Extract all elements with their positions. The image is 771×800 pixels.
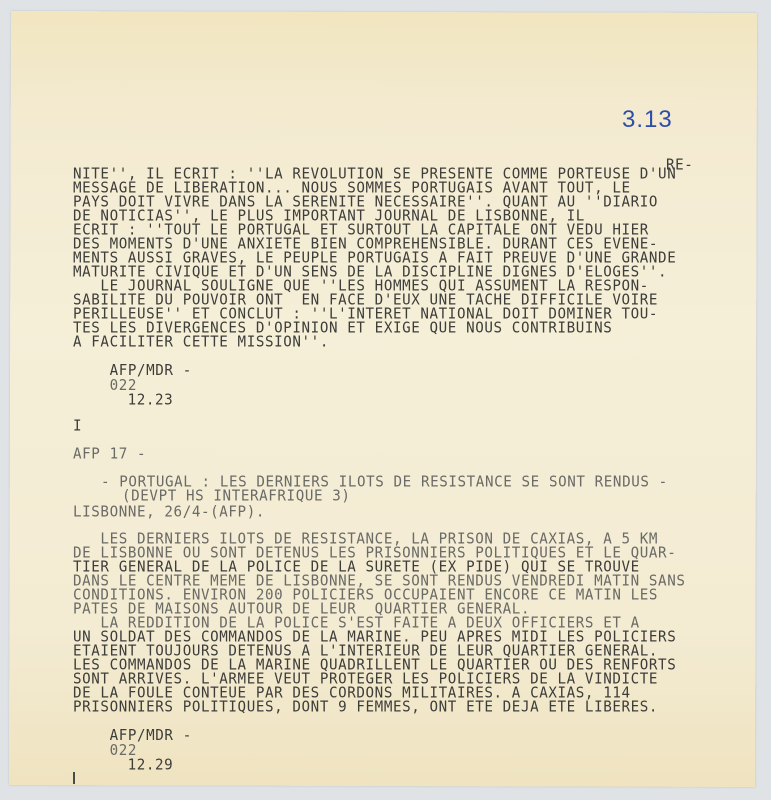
handwritten-page-number: 3.13	[622, 106, 673, 134]
story2-signoff: AFP/MDR - 022 12.29	[73, 714, 192, 788]
bottom-margin-mark	[73, 772, 75, 784]
story2-line: PRISONNIERS POLITIQUES, DONT 9 FEMMES, O…	[73, 700, 658, 715]
story2-dateline: LISBONNE, 26/4-(AFP).	[73, 505, 265, 520]
story2-subhead: (DEVPT HS INTERAFRIQUE 3)	[122, 489, 351, 504]
separator-mark: I	[73, 419, 82, 434]
story1-signoff: AFP/MDR - 022 12.23	[73, 349, 192, 423]
story1-line: A FACILITER CETTE MISSION''.	[73, 335, 329, 350]
signoff-time: 12.29	[128, 757, 174, 774]
story2-header: AFP 17 -	[73, 447, 146, 462]
signoff-time: 12.23	[128, 392, 174, 409]
